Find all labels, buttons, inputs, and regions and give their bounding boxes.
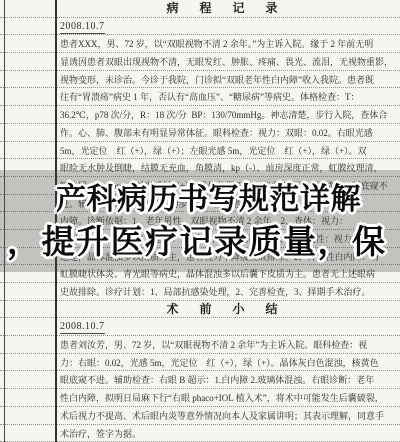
record-line: 患者XXX，男、72 岁，以“双眼视物不清 2 余年。”为主诉入院。缘于 2 年… xyxy=(0,35,400,53)
record-line: 往有“胃溃疡”病史 1 年，否认有“高血压”、“糖尿病”等病史。体格检查：T： xyxy=(0,88,400,106)
record-line: 作。心、肺、腹部未有明显异常体征。眼科检查：视力：双眼：0.02。右眼光感 xyxy=(0,124,400,142)
headline-overlay-band: 产科病历书写规范详解 ，提升医疗记录质量，保 xyxy=(0,170,400,272)
medical-record-page: 病 程 记 录 2008.10.7 患者XXX，男、72 岁，以“双眼视物不清 … xyxy=(0,0,400,442)
record-line: 36.2℃，p78 次/分，R：18 次/分 BP：130/70mmHg。神志清… xyxy=(0,106,400,124)
headline-overlay-line2: ，提升医疗记录质量，保 xyxy=(7,225,387,258)
record-line: 术后视力不提高、术后眼内炎等意外情况向本人及家属讲明；其表示理解，同意手 xyxy=(0,407,400,425)
record-line: 显诱因患者双眼出现视物不清，无眼发红、肿胀、疼痛、畏光、流泪，无视物重影， xyxy=(0,53,400,71)
section-title-preop-summary: 术 前 小 结 xyxy=(0,301,400,319)
entry-date-row: 2008.10.7 xyxy=(0,18,400,36)
record-line: 力：右眼：0.02，光感 5m，光定位 红（+），绿（+）。晶体灰白色混浊，核黄… xyxy=(0,354,400,372)
record-line: 眼底窥不进。辅助检查：右眼 B 超示：1.白内障 2.玻璃体混浊。右眼诊断：老年 xyxy=(0,371,400,389)
headline-overlay-line1: 产科病历书写规范详解 xyxy=(56,185,361,215)
entry-date: 2008.10.7 xyxy=(60,321,105,334)
record-line: 史故排除。诊疗计划：1、局部抗感染处理，2、完善检查，3、择期手术治疗。 xyxy=(0,283,400,301)
record-line: 5m，光定位 红（+），绿（+）；左眼光感 5m，光定位 红（+），绿（+）。双 xyxy=(0,142,400,160)
record-line: 患者刘汝芳，男、72 岁，以“双眼视物不清 2 余年”为主诉入院。眼科检查：视 xyxy=(0,336,400,354)
entry-date: 2008.10.7 xyxy=(60,21,105,34)
record-line: 性白内障，拟明日局麻下行“右眼 phaco+IOL 植入术”，将术中可能发生后囊… xyxy=(0,389,400,407)
section-title-progress-record: 病 程 记 录 xyxy=(0,0,400,18)
entry-date-row: 2008.10.7 xyxy=(0,318,400,336)
record-line: 视物变形，未诊治。今诊于我院，门诊拟“双眼老年性白内障”收入我院。患者既 xyxy=(0,71,400,89)
record-line: 术治疗，签字为据。 xyxy=(0,425,400,442)
